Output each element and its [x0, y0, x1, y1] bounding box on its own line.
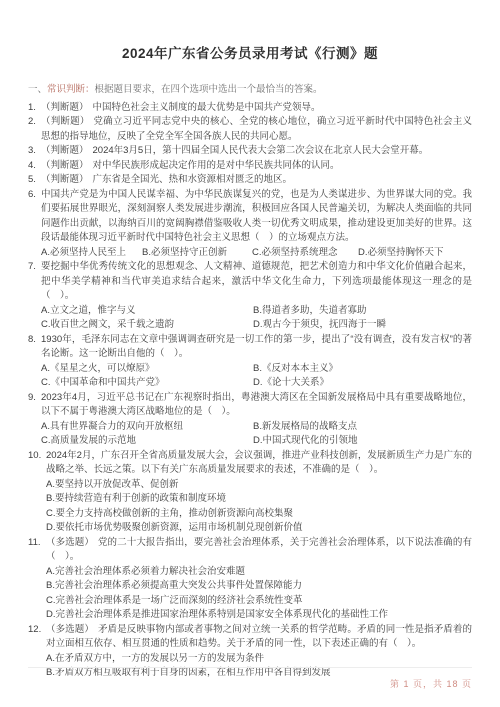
answer-option: D.中国式现代化的引领地	[253, 434, 472, 449]
question-item: 6.中国共产党是为中国人民谋幸福、为中华民族谋复兴的党，也是为人类谋进步、为世界…	[28, 188, 472, 261]
question-text: 2023年4月，习近平总书记在广东视察时指出，粤港澳大湾区在全国新发展格局中具有…	[41, 392, 472, 418]
question-item: 8.1930年，毛泽东同志在文章中强调调查研究是一切工作的第一步，提出了“没有调…	[28, 333, 472, 391]
question-number: 8.	[28, 333, 36, 348]
page-number-indicator: 第 1 页，共 18 页	[390, 677, 472, 690]
question-type-tag: （判断题）	[41, 174, 89, 185]
question-type-tag: （多选题）	[46, 624, 94, 635]
question-text: 要挖掘中华优秀传统文化的思想观念、人文精神、道德规范，把艺术创造力和中华文化价值…	[41, 261, 472, 301]
answer-option: C.要全力支持高校做创新的主角，推动创新资源向高校集聚	[46, 507, 472, 522]
question-item: 3.（判断题）2024年3月5日，第十四届全国人民代表大会第二次会议在北京人民大…	[28, 144, 472, 159]
answer-option: D.要依托市场优势吸聚创新资源，运用市场机制兑现创新价值	[46, 521, 472, 536]
option-list: A.立文之道，惟字与义B.得道者多助，失道者寡助C.收百世之阙文，采千载之遗韵D…	[41, 304, 472, 333]
question-text: 党确立习近平同志党中央的核心、全党的核心地位，确立习近平新时代中国特色社会主义思…	[41, 116, 472, 142]
answer-option: C.收百世之阙文，采千载之遗韵	[41, 318, 253, 333]
question-list: 1.（判断题）中国特色社会主义制度的最大优势是中国共产党领导。2.（判断题）党确…	[28, 101, 472, 681]
question-text: 中国特色社会主义制度的最大优势是中国共产党领导。	[93, 102, 321, 113]
question-text: 对中华民族形成起决定作用的是对中华民族共同体的认同。	[93, 160, 340, 171]
section-heading: 一、常识判断：根据题目要求，在四个选项中选出一个最恰当的答案。	[28, 83, 472, 98]
question-type-tag: （判断题）	[41, 160, 89, 171]
answer-option: B.得道者多助，失道者寡助	[253, 304, 472, 319]
answer-option: D.必须坚持胸怀天下	[358, 246, 472, 261]
question-item: 2.（判断题）党确立习近平同志党中央的核心、全党的核心地位，确立习近平新时代中国…	[28, 115, 472, 144]
answer-option: A.完善社会治理体系必须着力解决社会治安难题	[46, 565, 472, 580]
option-list: A.要坚持以开放促改革、促创新B.要持续营造有利于创新的政策和制度环境C.要全力…	[46, 478, 472, 536]
question-item: 12.（多选题）矛盾是反映事物内部或者事物之间对立统一关系的哲学范畴。矛盾的同一…	[28, 623, 472, 681]
page-title: 2024年广东省公务员录用考试《行测》题	[0, 0, 500, 62]
option-list: A.完善社会治理体系必须着力解决社会治安难题B.完善社会治理体系必须提高重大突发…	[46, 565, 472, 623]
question-item: 1.（判断题）中国特色社会主义制度的最大优势是中国共产党领导。	[28, 101, 472, 116]
question-text: 广东省是全国光、热和水资源相对匮乏的地区。	[93, 174, 293, 185]
question-item: 10.2024年2月，广东召开全省高质量发展大会，会议强调，推进产业科技创新，发…	[28, 449, 472, 536]
answer-option: B.必须坚持守正创新	[142, 246, 252, 261]
footer-divider	[28, 667, 472, 668]
answer-option: B.完善社会治理体系必须提高重大突发公共事件处置保障能力	[46, 579, 472, 594]
answer-option: B.新发展格局的战略支点	[253, 420, 472, 435]
question-type-tag: （判断题）	[41, 102, 89, 113]
question-number: 2.	[28, 115, 36, 130]
answer-option: C.《中国革命和中国共产党》	[41, 376, 253, 391]
answer-option: A.必须坚持人民至上	[41, 246, 142, 261]
question-number: 10.	[28, 449, 41, 464]
answer-option: B.《反对本本主义》	[253, 362, 472, 377]
question-text: 1930年，毛泽东同志在文章中强调调查研究是一切工作的第一步，提出了“没有调查，…	[41, 334, 472, 360]
answer-option: A.在矛盾双方中，一方的发展以另一方的发展为条件	[46, 652, 472, 667]
option-list: A.必须坚持人民至上B.必须坚持守正创新C.必须坚持系统理念D.必须坚持胸怀天下	[41, 246, 472, 261]
question-text: 党的二十大报告指出，要完善社会治理体系，关于完善社会治理体系，以下说法准确的有（…	[46, 537, 472, 563]
document-body: 一、常识判断：根据题目要求，在四个选项中选出一个最恰当的答案。 1.（判断题）中…	[0, 62, 500, 681]
answer-option: C.高质量发展的示范地	[41, 434, 253, 449]
question-number: 4.	[28, 159, 36, 174]
question-item: 9.2023年4月，习近平总书记在广东视察时指出，粤港澳大湾区在全国新发展格局中…	[28, 391, 472, 449]
answer-option: D.观古今于须臾，抚四海于一瞬	[253, 318, 472, 333]
answer-option: A.具有世界凝合力的双向开放枢纽	[41, 420, 253, 435]
question-number: 6.	[28, 188, 36, 203]
question-item: 5.（判断题）广东省是全国光、热和水资源相对匮乏的地区。	[28, 173, 472, 188]
question-item: 7.要挖掘中华优秀传统文化的思想观念、人文精神、道德规范，把艺术创造力和中华文化…	[28, 260, 472, 333]
question-text: 矛盾是反映事物内部或者事物之间对立统一关系的哲学范畴。矛盾的同一性是指矛盾着的对…	[46, 624, 472, 650]
question-number: 7.	[28, 260, 36, 275]
question-number: 11.	[28, 536, 41, 551]
question-type-tag: （判断题）	[41, 145, 89, 156]
question-text: 2024年2月，广东召开全省高质量发展大会，会议强调，推进产业科技创新，发展新质…	[46, 450, 472, 476]
section-numeral: 一、	[28, 84, 47, 95]
question-number: 12.	[28, 623, 41, 638]
answer-option: D.完善社会治理体系是推进国家治理体系特别是国家安全体系现代化的基础性工作	[46, 608, 472, 623]
answer-option: A.立文之道，惟字与义	[41, 304, 253, 319]
question-number: 9.	[28, 391, 36, 406]
section-instruction: 根据题目要求，在四个选项中选出一个最恰当的答案。	[95, 84, 323, 95]
answer-option: D.《论十大关系》	[253, 376, 472, 391]
question-item: 4.（判断题）对中华民族形成起决定作用的是对中华民族共同体的认同。	[28, 159, 472, 174]
question-text: 2024年3月5日，第十四届全国人民代表大会第二次会议在北京人民大会堂开幕。	[93, 145, 429, 156]
answer-option: A.要坚持以开放促改革、促创新	[46, 478, 472, 493]
answer-option: C.完善社会治理体系是一场广泛而深刻的经济社会系统性变革	[46, 594, 472, 609]
answer-option: B.要持续营造有利于创新的政策和制度环境	[46, 492, 472, 507]
question-type-tag: （判断题）	[41, 116, 90, 127]
answer-option: A.《星星之火，可以燎原》	[41, 362, 253, 377]
option-list: A.具有世界凝合力的双向开放枢纽B.新发展格局的战略支点C.高质量发展的示范地D…	[41, 420, 472, 449]
option-list: A.《星星之火，可以燎原》B.《反对本本主义》C.《中国革命和中国共产党》D.《…	[41, 362, 472, 391]
exam-document-page: 2024年广东省公务员录用考试《行测》题 一、常识判断：根据题目要求，在四个选项…	[0, 0, 500, 707]
answer-option: C.必须坚持系统理念	[252, 246, 358, 261]
section-name: 常识判断：	[47, 84, 95, 95]
question-type-tag: （多选题）	[46, 537, 94, 548]
question-number: 1.	[28, 101, 36, 116]
question-number: 3.	[28, 144, 36, 159]
question-text: 中国共产党是为中国人民谋幸福、为中华民族谋复兴的党，也是为人类谋进步、为世界谋大…	[41, 189, 472, 244]
question-item: 11.（多选题）党的二十大报告指出，要完善社会治理体系，关于完善社会治理体系，以…	[28, 536, 472, 623]
question-number: 5.	[28, 173, 36, 188]
